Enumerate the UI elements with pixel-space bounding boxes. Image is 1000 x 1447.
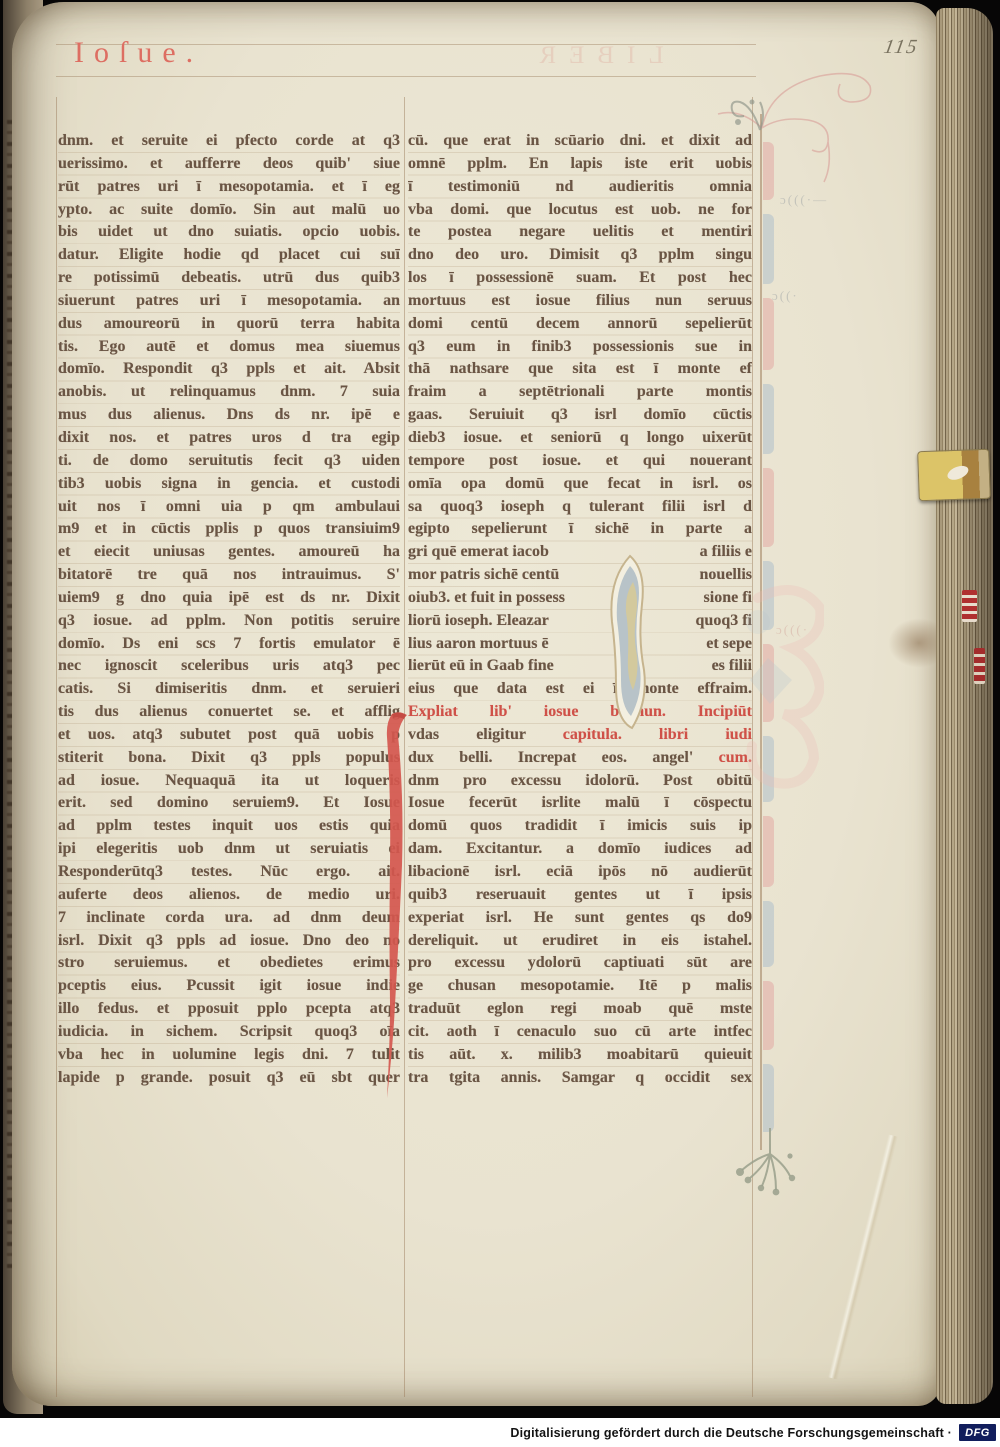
manuscript-line: te postea negare uelitis et mentiri	[408, 221, 752, 244]
manuscript-line: isrl. Dixit q3 ppls ad iosue. Dno deo no	[58, 930, 400, 953]
manuscript-line: tis dus alienus conuertet se. et afflig	[58, 701, 400, 724]
parchment-crease	[828, 1135, 898, 1380]
manuscript-line: uerissimo. et aufferre deos quib' siue	[58, 153, 400, 176]
manuscript-line: stiterit bona. Dixit q3 ppls populus	[58, 747, 400, 770]
manuscript-line: iudicia. in sichem. Scripsit quoq3 oīa	[58, 1021, 400, 1044]
penwork-segment-blue	[763, 384, 774, 454]
penwork-segment-red	[763, 816, 774, 887]
manuscript-line: rūt patres uri ī mesopotamia. et ī eg	[58, 176, 400, 199]
manuscript-line: dnm. et seruite ei pfecto corde at q3	[58, 130, 400, 153]
ruling-line	[56, 76, 756, 77]
manuscript-line: tib3 uobis signa in gencia. et custodi	[58, 473, 400, 496]
manuscript-line: et eiecit uniusas gentes. amoureū ha	[58, 541, 400, 564]
manuscript-line: domīo. Ds eni scs 7 fortis emulator ē	[58, 633, 400, 656]
manuscript-line: fraim a septētrionali parte montis	[408, 381, 752, 404]
text-column-left: dnm. et seruite ei pfecto corde at q3uer…	[58, 130, 400, 1089]
folio-number: 115	[882, 36, 921, 59]
manuscript-line: experiat isrl. He sunt gentes qs do9	[408, 907, 752, 930]
penwork-segment-red	[763, 981, 774, 1050]
caption-text: Digitalisierung gefördert durch die Deut…	[510, 1426, 952, 1440]
penwork-segment-red	[763, 298, 774, 370]
manuscript-line: sa quoq3 ioseph q tulerant filii isrl d	[408, 496, 752, 519]
show-through-decoration	[728, 568, 824, 804]
manuscript-line: egipto sepelierunt ī sichē in parte a	[408, 518, 752, 541]
penwork-segment-blue	[763, 1064, 774, 1132]
manuscript-line: ti. de domo seruitutis fecit q3 uiden	[58, 450, 400, 473]
manuscript-line: vdas eligitur capitula. libri iudi	[408, 724, 752, 747]
manuscript-line: los ī possessionē suam. Et post hec	[408, 267, 752, 290]
manuscript-line: Responderūtq3 testes. Nūc ergo. ait.	[58, 861, 400, 884]
manuscript-line: tempore post iosue. et qui nouerant	[408, 450, 752, 473]
leather-bookmark-tab	[917, 449, 991, 501]
manuscript-line: vba hec in uolumine legis dni. 7 tulit	[58, 1044, 400, 1067]
margin-mark: ɔ((·	[772, 288, 799, 304]
manuscript-line: et uos. atq3 subutet post quā uobis p	[58, 724, 400, 747]
penwork-segment-blue	[763, 901, 774, 967]
manuscript-line: ad pplm testes inquit uos estis quia	[58, 815, 400, 838]
manuscript-line: m9 et in cūctis pplis p quos transiuim9	[58, 518, 400, 541]
manuscript-line: illo fedus. et pposuit pplo pcepta atq3	[58, 998, 400, 1021]
manuscript-line: eius que data est ei ī monte effraim.	[408, 678, 752, 701]
manuscript-line: dam. Excitantur. a domīo iudices ad	[408, 838, 752, 861]
penwork-bottom-sprig	[732, 1128, 808, 1212]
manuscript-line: domīo. Respondit q3 ppls et ait. Absit	[58, 358, 400, 381]
manuscript-line: domi centū decem annorū sepelierūt	[408, 313, 752, 336]
bookmark-tab-spot	[945, 463, 970, 482]
manuscript-line: cit. aoth ī cenaculo suo cū arte intfec	[408, 1021, 752, 1044]
manuscript-line: datur. Eligite hodie qd placet cui suī	[58, 244, 400, 267]
manuscript-line: mus dus alienus. Dns ds nr. ipē e	[58, 404, 400, 427]
manuscript-line: erit. sed domino seruiem9. Et Iosue	[58, 792, 400, 815]
manuscript-line: tis. Ego autē et domus mea siuemus	[58, 336, 400, 359]
manuscript-line: q3 iosue. ad pplm. Non potitis seruire	[58, 610, 400, 633]
dfg-logo: DFG	[959, 1424, 996, 1441]
manuscript-photo: Ioſue. LIBER 115 dnm. et seruite ei pfec…	[0, 0, 1000, 1418]
manuscript-line: siuerunt patres uri ī mesopotamia. an	[58, 290, 400, 313]
manuscript-line: omīa opa domū que fecat in isrl. os	[408, 473, 752, 496]
red-edge-marker	[962, 590, 977, 622]
manuscript-line: q3 eum in finib3 possessionis sue in	[408, 336, 752, 359]
manuscript-line: dixit nos. et patres uros d tra egip	[58, 427, 400, 450]
manuscript-line: lierūt eū in Gaab finees filii	[408, 655, 752, 678]
manuscript-line: stro seruiemus. et obedietes erimus	[58, 952, 400, 975]
manuscript-line: mortuus est iosue filius nun seruus	[408, 290, 752, 313]
manuscript-line: Expliat lib' iosue bennun. Incipiūt	[408, 701, 752, 724]
manuscript-line: ypto. ac suite domīo. Sin aut malū uo	[58, 199, 400, 222]
manuscript-line: 7 inclinate corda ura. ad dnm deum	[58, 907, 400, 930]
ruling-line	[56, 97, 57, 1397]
running-title: Ioſue.	[74, 36, 203, 70]
penwork-segment-blue	[763, 214, 774, 284]
manuscript-line: bitatorē tre quā nos intrauimus. S'	[58, 564, 400, 587]
manuscript-line: lius aaron mortuus ēet sepe	[408, 633, 752, 656]
manuscript-line: anobis. ut relinquamus dnm. 7 suia	[58, 381, 400, 404]
manuscript-line: liorū ioseph. Eleazarquoq3 fi	[408, 610, 752, 633]
manuscript-line: dereliquit. ut erudiret in eis istahel.	[408, 930, 752, 953]
manuscript-line: uiem9 g dno quia ipē est ds nr. Dixit	[58, 587, 400, 610]
manuscript-line: domū quos tradidit ī imicis suis ip	[408, 815, 752, 838]
manuscript-line: lapide p grande. posuit q3 eū sbt quer	[58, 1067, 400, 1090]
manuscript-line: pceptis eius. Pcussit igit iosue indie	[58, 975, 400, 998]
manuscript-line: dieb3 iosue. et seniorū q longo uixerūt	[408, 427, 752, 450]
manuscript-line: dnm pro excessu idolorū. Post obitū	[408, 770, 752, 793]
text-column-right: cū. que erat in scūario dni. et dixit ad…	[408, 130, 752, 1089]
red-edge-marker	[974, 648, 985, 684]
manuscript-line: pro excessu ydolorū captiuati sūt are	[408, 952, 752, 975]
manuscript-line: auferte deos alienos. de medio uri.	[58, 884, 400, 907]
manuscript-line: bis uidet ut dno suiatis. opcio uobis.	[58, 221, 400, 244]
penwork-top-flourish	[700, 58, 890, 188]
manuscript-line: ge chusan mesopotamie. Itē p malis	[408, 975, 752, 998]
book-fore-edge	[936, 8, 993, 1404]
manuscript-line: dus amoureorū in quorū terra habita	[58, 313, 400, 336]
manuscript-line: mor patris sichē centūnouellis	[408, 564, 752, 587]
manuscript-line: oiub3. et fuit in possesssione fi	[408, 587, 752, 610]
manuscript-line: dno deo uro. Dimisit q3 pplm singu	[408, 244, 752, 267]
margin-mark: ɔ(((·	[776, 622, 809, 638]
manuscript-line: catis. Si dimiseritis dnm. et seruieri	[58, 678, 400, 701]
manuscript-line: libacionē isrl. eciā ipōs nō audierūt	[408, 861, 752, 884]
penwork-segment-red	[763, 468, 774, 547]
rubricated-initial-i	[384, 710, 410, 1102]
manuscript-line: gri quē emerat iacoba filiis e	[408, 541, 752, 564]
manuscript-line: dux belli. Increpat eos. angel' cum.	[408, 747, 752, 770]
manuscript-line: nec ignoscit sceleribus uris atq3 pec	[58, 655, 400, 678]
manuscript-line: traduūt eglon regi moab quē mste	[408, 998, 752, 1021]
manuscript-line: ipi elegeritis uob dnm ut seruiatis ei	[58, 838, 400, 861]
parchment-page: Ioſue. LIBER 115 dnm. et seruite ei pfec…	[12, 2, 940, 1406]
manuscript-line: tis aūt. x. milib3 moabitarū quieuit	[408, 1044, 752, 1067]
manuscript-line: quib3 reseruauit gentes ut ī ipsis	[408, 884, 752, 907]
manuscript-line: Iosue fecerūt isrlite malū ī cōspectu	[408, 792, 752, 815]
digitization-caption-bar: Digitalisierung gefördert durch die Deut…	[0, 1418, 1000, 1447]
manuscript-line: tra tgita annis. Samgar q occidit sex	[408, 1067, 752, 1090]
manuscript-line: re potissimū debeatis. utrū dus quib3	[58, 267, 400, 290]
manuscript-line: thā nathsare que sita est ī monte ef	[408, 358, 752, 381]
manuscript-line: gaas. Seruiuit q3 isrl domīo cūctis	[408, 404, 752, 427]
margin-mark: ɔ(((·—	[780, 192, 828, 208]
parchment-hole	[600, 552, 664, 734]
manuscript-line: uit nos ī omni uia p qm ambulaui	[58, 496, 400, 519]
manuscript-line: vba domi. que locutus est uob. ne for	[408, 199, 752, 222]
manuscript-line: ad iosue. Nequaquā ita ut loqueris	[58, 770, 400, 793]
